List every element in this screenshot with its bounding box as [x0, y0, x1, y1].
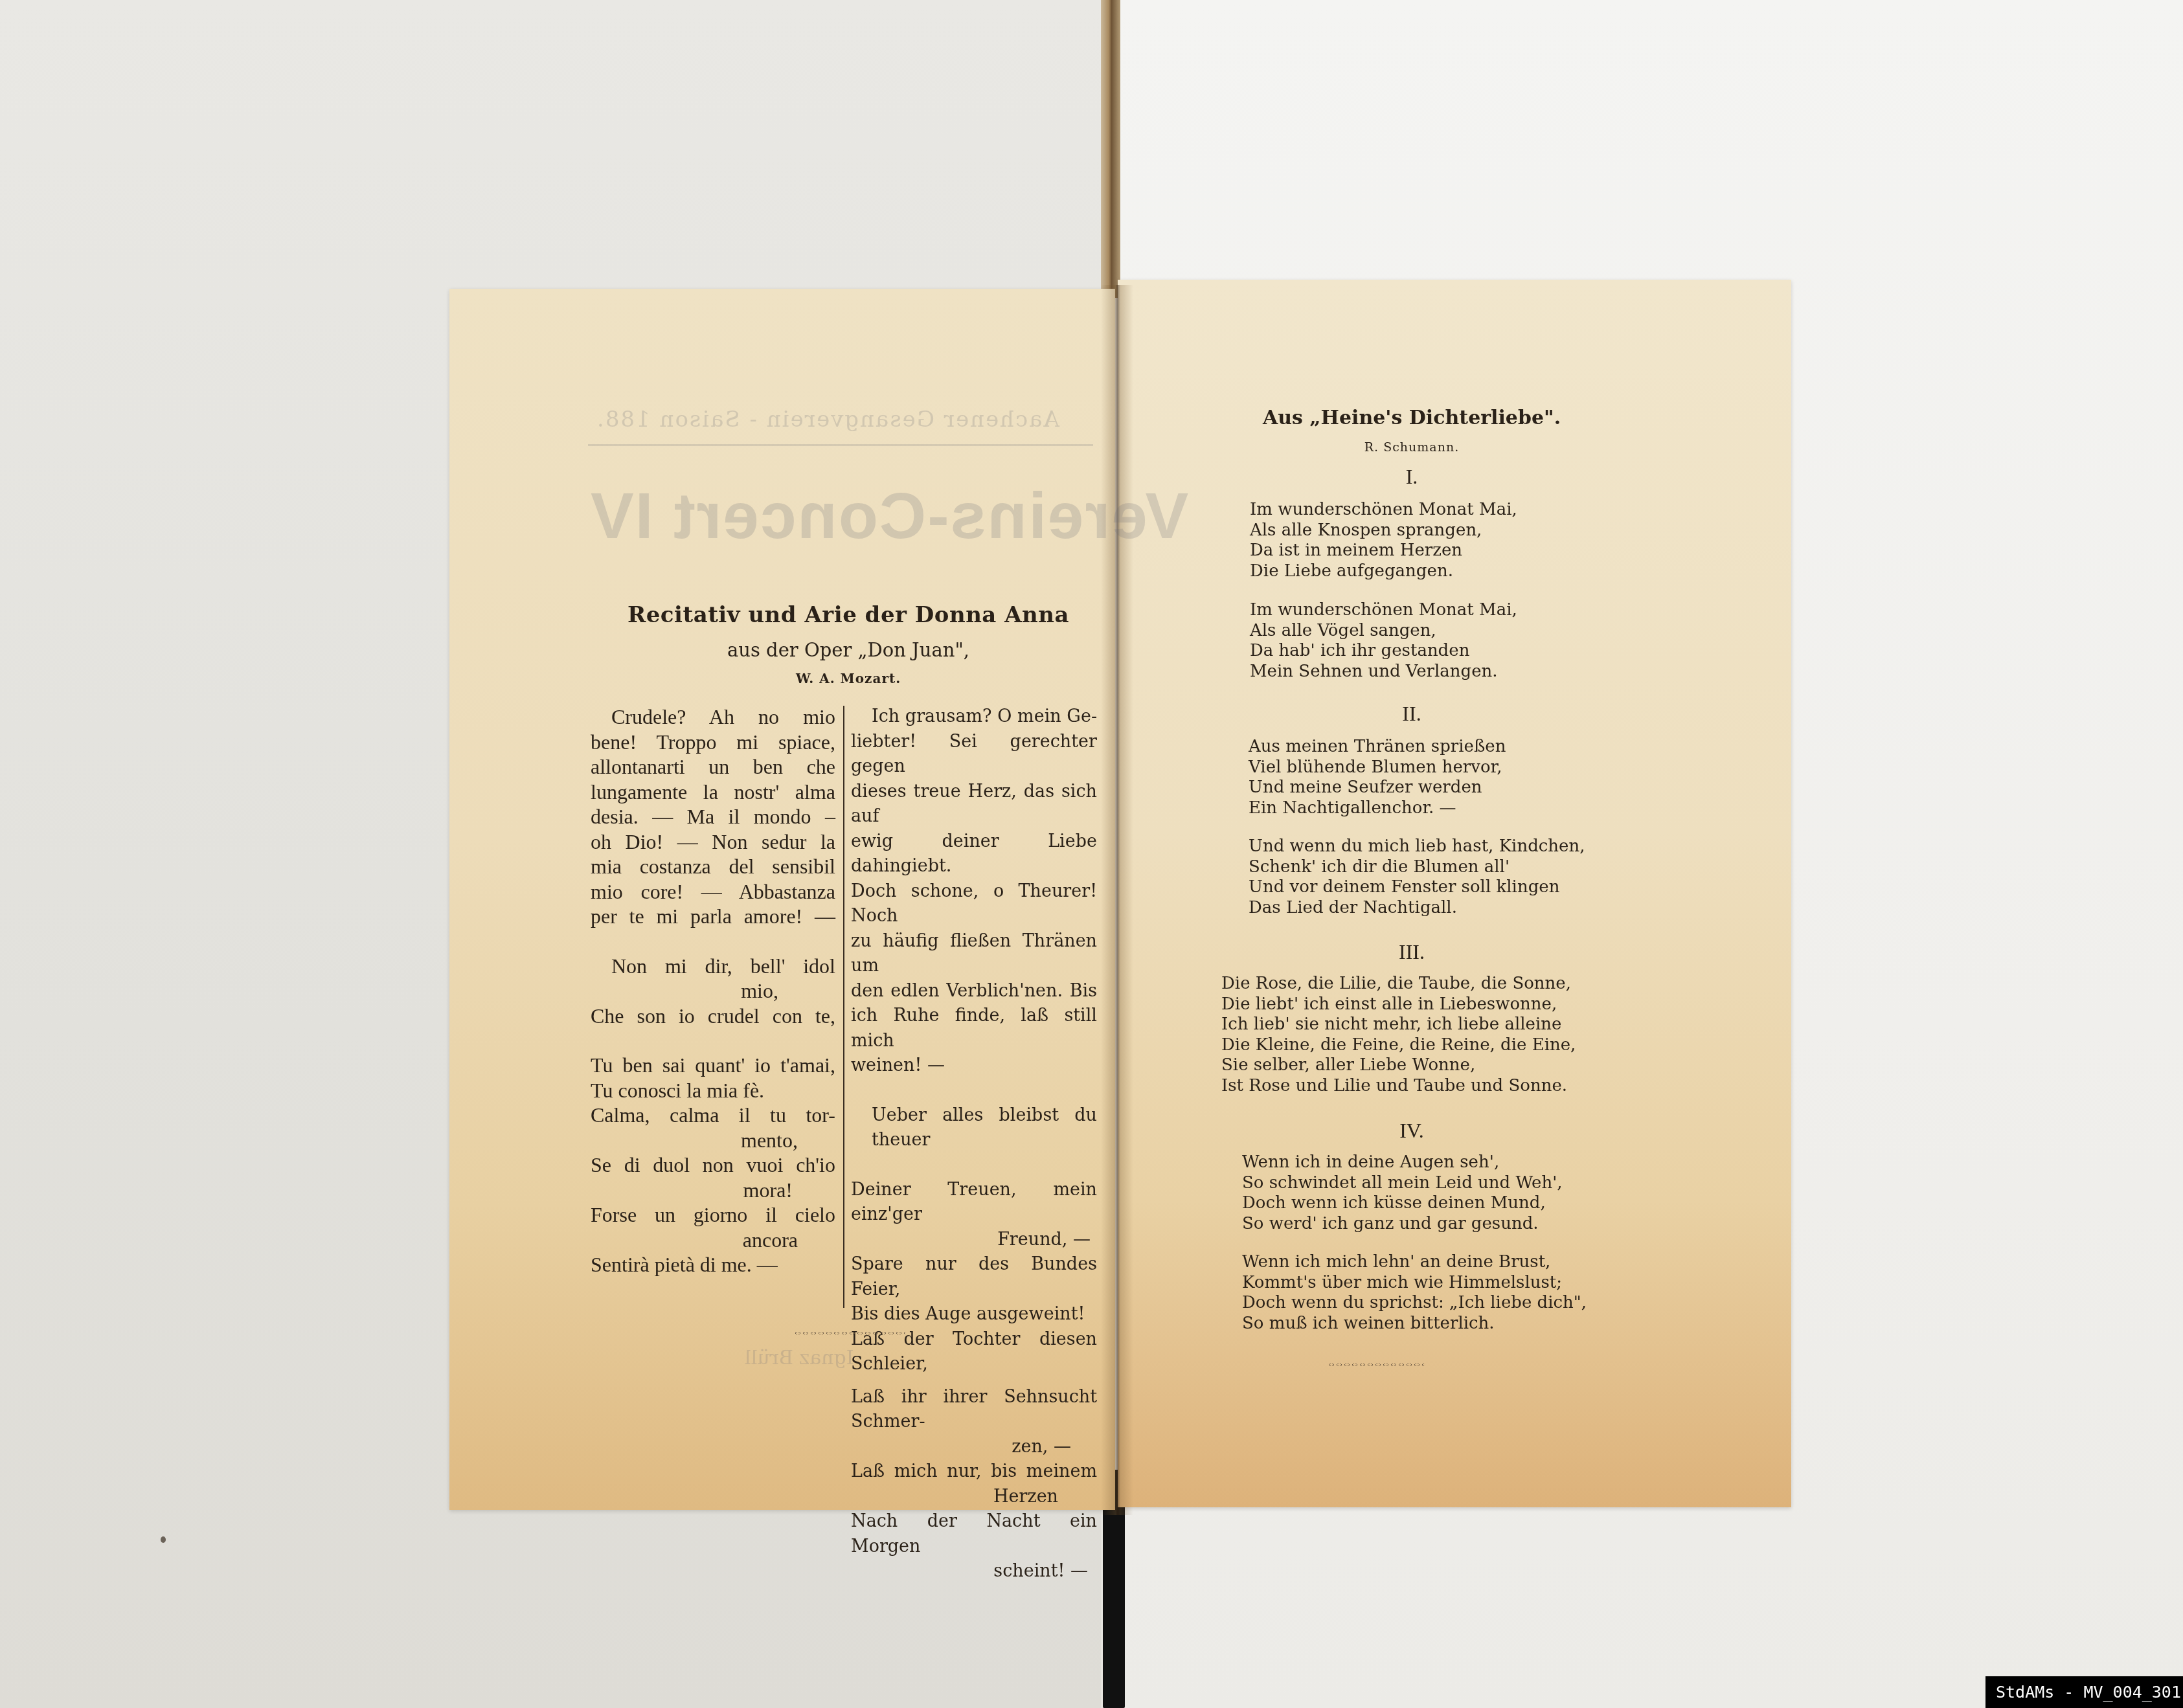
- text-line: Doch schone, o Theurer! Noch: [851, 879, 1097, 929]
- text-line-continuation: Freund, —: [851, 1228, 1097, 1253]
- bleed-through-footer: Ignaz Brüll: [745, 1347, 854, 1369]
- verse-line: Im wunderschönen Monat Mai,: [1250, 600, 1517, 621]
- text-line: Ich grausam? O mein Ge-: [851, 704, 1097, 730]
- archive-label: StdAMs - MV_004_301: [1985, 1676, 2183, 1708]
- text-line: ewig deiner Liebe dahingiebt.: [851, 829, 1097, 879]
- text-line-continuation: mora!: [591, 1178, 835, 1203]
- text-line: Bis dies Auge ausgeweint!: [851, 1302, 1097, 1327]
- verse-line: Sie selber, aller Liebe Wonne,: [1221, 1055, 1576, 1076]
- song-numeral: I.: [1217, 465, 1606, 489]
- binding-board-edge: [1101, 0, 1120, 298]
- verse-line: So werd' ich ganz und gar gesund.: [1242, 1214, 1563, 1235]
- verse-line: Und wenn du mich lieb hast, Kindchen,: [1249, 837, 1585, 857]
- wavy-rule-ornament: [794, 1331, 905, 1336]
- verse-line: Und vor deinem Fenster soll klingen: [1249, 877, 1585, 898]
- stanza: Und wenn du mich lieb hast, Kindchen, Sc…: [1249, 837, 1585, 918]
- text-line: Calma, calma il tu tor-: [591, 1103, 835, 1128]
- text-line-continuation: Herzen: [851, 1485, 1097, 1510]
- aria-subtitle: aus der Oper „Don Juan",: [570, 639, 1127, 661]
- stanza: Wenn ich in deine Augen seh', So schwind…: [1242, 1152, 1563, 1234]
- verse-line: Die Kleine, die Feine, die Reine, die Ei…: [1221, 1035, 1576, 1056]
- stanza: Die Rose, die Lilie, die Taube, die Sonn…: [1221, 974, 1576, 1096]
- text-line: Nach der Nacht ein Morgen: [851, 1509, 1097, 1559]
- text-line-continuation: mio,: [591, 978, 835, 1004]
- text-line: Se di duol non vuoi ch'io: [591, 1152, 835, 1178]
- verse-line: Die Rose, die Lilie, die Taube, die Sonn…: [1221, 974, 1576, 994]
- column-divider: [843, 706, 844, 1308]
- verse-line: Mein Sehnen und Verlangen.: [1250, 662, 1517, 682]
- text-line: Tu conosci la mia fè.: [591, 1078, 835, 1103]
- text-line: liebter! Sei gerechter gegen: [851, 730, 1097, 780]
- text-line: desia. — Ma il mondo –: [591, 804, 835, 829]
- text-line: mia costanza del sensibil: [591, 854, 835, 879]
- text-line: Spare nur des Bundes Feier,: [851, 1252, 1097, 1302]
- text-line: dieses treue Herz, das sich auf: [851, 780, 1097, 829]
- verse-line: Ich lieb' sie nicht mehr, ich liebe alle…: [1221, 1015, 1576, 1035]
- text-line: Forse un giorno il cielo: [591, 1202, 835, 1228]
- italian-text-column: Crudele? Ah no mio bene! Troppo mi spiac…: [591, 704, 835, 1277]
- text-line: Laß ihr ihrer Sehnsucht Schmer-: [851, 1385, 1097, 1435]
- verse-line: Wenn ich in deine Augen seh',: [1242, 1152, 1563, 1173]
- verse-line: Im wunderschönen Monat Mai,: [1250, 500, 1517, 521]
- text-line: per te mi parla amore! —: [591, 904, 835, 929]
- verse-line: Schenk' ich dir die Blumen all': [1249, 857, 1585, 878]
- text-line: Ueber alles bleibst du theuer: [851, 1103, 1097, 1153]
- verse-line: Als alle Knospen sprangen,: [1250, 521, 1517, 541]
- verse-line: Ist Rose und Lilie und Taube und Sonne.: [1221, 1076, 1576, 1097]
- aria-title: Recitativ und Arie der Donna Anna: [570, 602, 1127, 628]
- verse-line: Die Liebe aufgegangen.: [1250, 561, 1517, 582]
- text-line: den edlen Verblich'nen. Bis: [851, 979, 1097, 1004]
- stanza: Im wunderschönen Monat Mai, Als alle Vög…: [1250, 600, 1517, 682]
- stanza: Aus meinen Thränen sprießen Viel blühend…: [1249, 737, 1506, 818]
- dust-speck: [161, 1536, 166, 1543]
- verse-line: Doch wenn du sprichst: „Ich liebe dich",: [1242, 1293, 1587, 1314]
- text-line: zu häufig fließen Thränen um: [851, 929, 1097, 979]
- verse-line: Die liebt' ich einst alle in Liebeswonne…: [1221, 994, 1576, 1015]
- text-line: Che son io crudel con te,: [591, 1004, 835, 1029]
- verse-line: Doch wenn ich küsse deinen Mund,: [1242, 1193, 1563, 1214]
- text-line-continuation: zen, —: [851, 1435, 1097, 1460]
- verse-line: So muß ich weinen bitterlich.: [1242, 1314, 1587, 1334]
- text-line: Deiner Treuen, mein einz'ger: [851, 1178, 1097, 1228]
- verse-line: Wenn ich mich lehn' an deine Brust,: [1242, 1252, 1587, 1273]
- bleed-through-title: Vereins-Concert IV: [589, 479, 1188, 554]
- text-line: oh Dio! — Non sedur la: [591, 829, 835, 855]
- song-numeral: II.: [1217, 702, 1606, 726]
- verse-line: Da ist in meinem Herzen: [1250, 541, 1517, 561]
- verse-line: Viel blühende Blumen hervor,: [1249, 758, 1506, 778]
- text-line: bene! Troppo mi spiace,: [591, 730, 835, 755]
- stanza: Im wunderschönen Monat Mai, Als alle Kno…: [1250, 500, 1517, 581]
- verse-line: Aus meinen Thränen sprießen: [1249, 737, 1506, 758]
- song-cycle-title: Aus „Heine's Dichterliebe".: [1217, 407, 1606, 429]
- text-line: lungamente la nostr' alma: [591, 780, 835, 805]
- text-line: mio core! — Abbastanza: [591, 879, 835, 905]
- bleed-through-rule: [588, 444, 1093, 446]
- verse-line: Da hab' ich ihr gestanden: [1250, 641, 1517, 662]
- song-cycle-composer: R. Schumann.: [1217, 440, 1606, 455]
- text-line: weinen! —: [851, 1053, 1097, 1079]
- text-line: Tu ben sai quant' io t'amai,: [591, 1053, 835, 1078]
- verse-line: Als alle Vögel sangen,: [1250, 621, 1517, 642]
- text-line-continuation: mento,: [591, 1128, 835, 1153]
- aria-composer: W. A. Mozart.: [570, 671, 1127, 686]
- wavy-rule-ornament: [1328, 1362, 1425, 1367]
- text-line: Laß mich nur, bis meinem: [851, 1459, 1097, 1485]
- book-spine-gutter: [1101, 285, 1133, 1515]
- text-line-continuation: ancora: [591, 1228, 835, 1253]
- song-numeral: IV.: [1217, 1119, 1606, 1143]
- stanza: Wenn ich mich lehn' an deine Brust, Komm…: [1242, 1252, 1587, 1334]
- text-line: allontanarti un ben che: [591, 754, 835, 780]
- text-line: ich Ruhe finde, laß still mich: [851, 1004, 1097, 1053]
- verse-line: So schwindet all mein Leid und Weh',: [1242, 1173, 1563, 1194]
- song-numeral: III.: [1217, 940, 1606, 964]
- text-line: Crudele? Ah no mio: [591, 704, 835, 730]
- text-line: Non mi dir, bell' idol: [591, 954, 835, 979]
- text-line: Sentirà pietà di me. —: [591, 1252, 835, 1277]
- verse-line: Kommt's über mich wie Himmelslust;: [1242, 1273, 1587, 1294]
- verse-line: Das Lied der Nachtigall.: [1249, 898, 1585, 919]
- verse-line: Ein Nachtigallenchor. —: [1249, 798, 1506, 819]
- verse-line: Und meine Seufzer werden: [1249, 778, 1506, 798]
- german-text-column: Ich grausam? O mein Ge- liebter! Sei ger…: [851, 704, 1097, 1584]
- text-line-continuation: scheint! —: [851, 1559, 1097, 1584]
- bleed-through-header: Aachener Gesangverein - Saison 188.: [596, 407, 1059, 433]
